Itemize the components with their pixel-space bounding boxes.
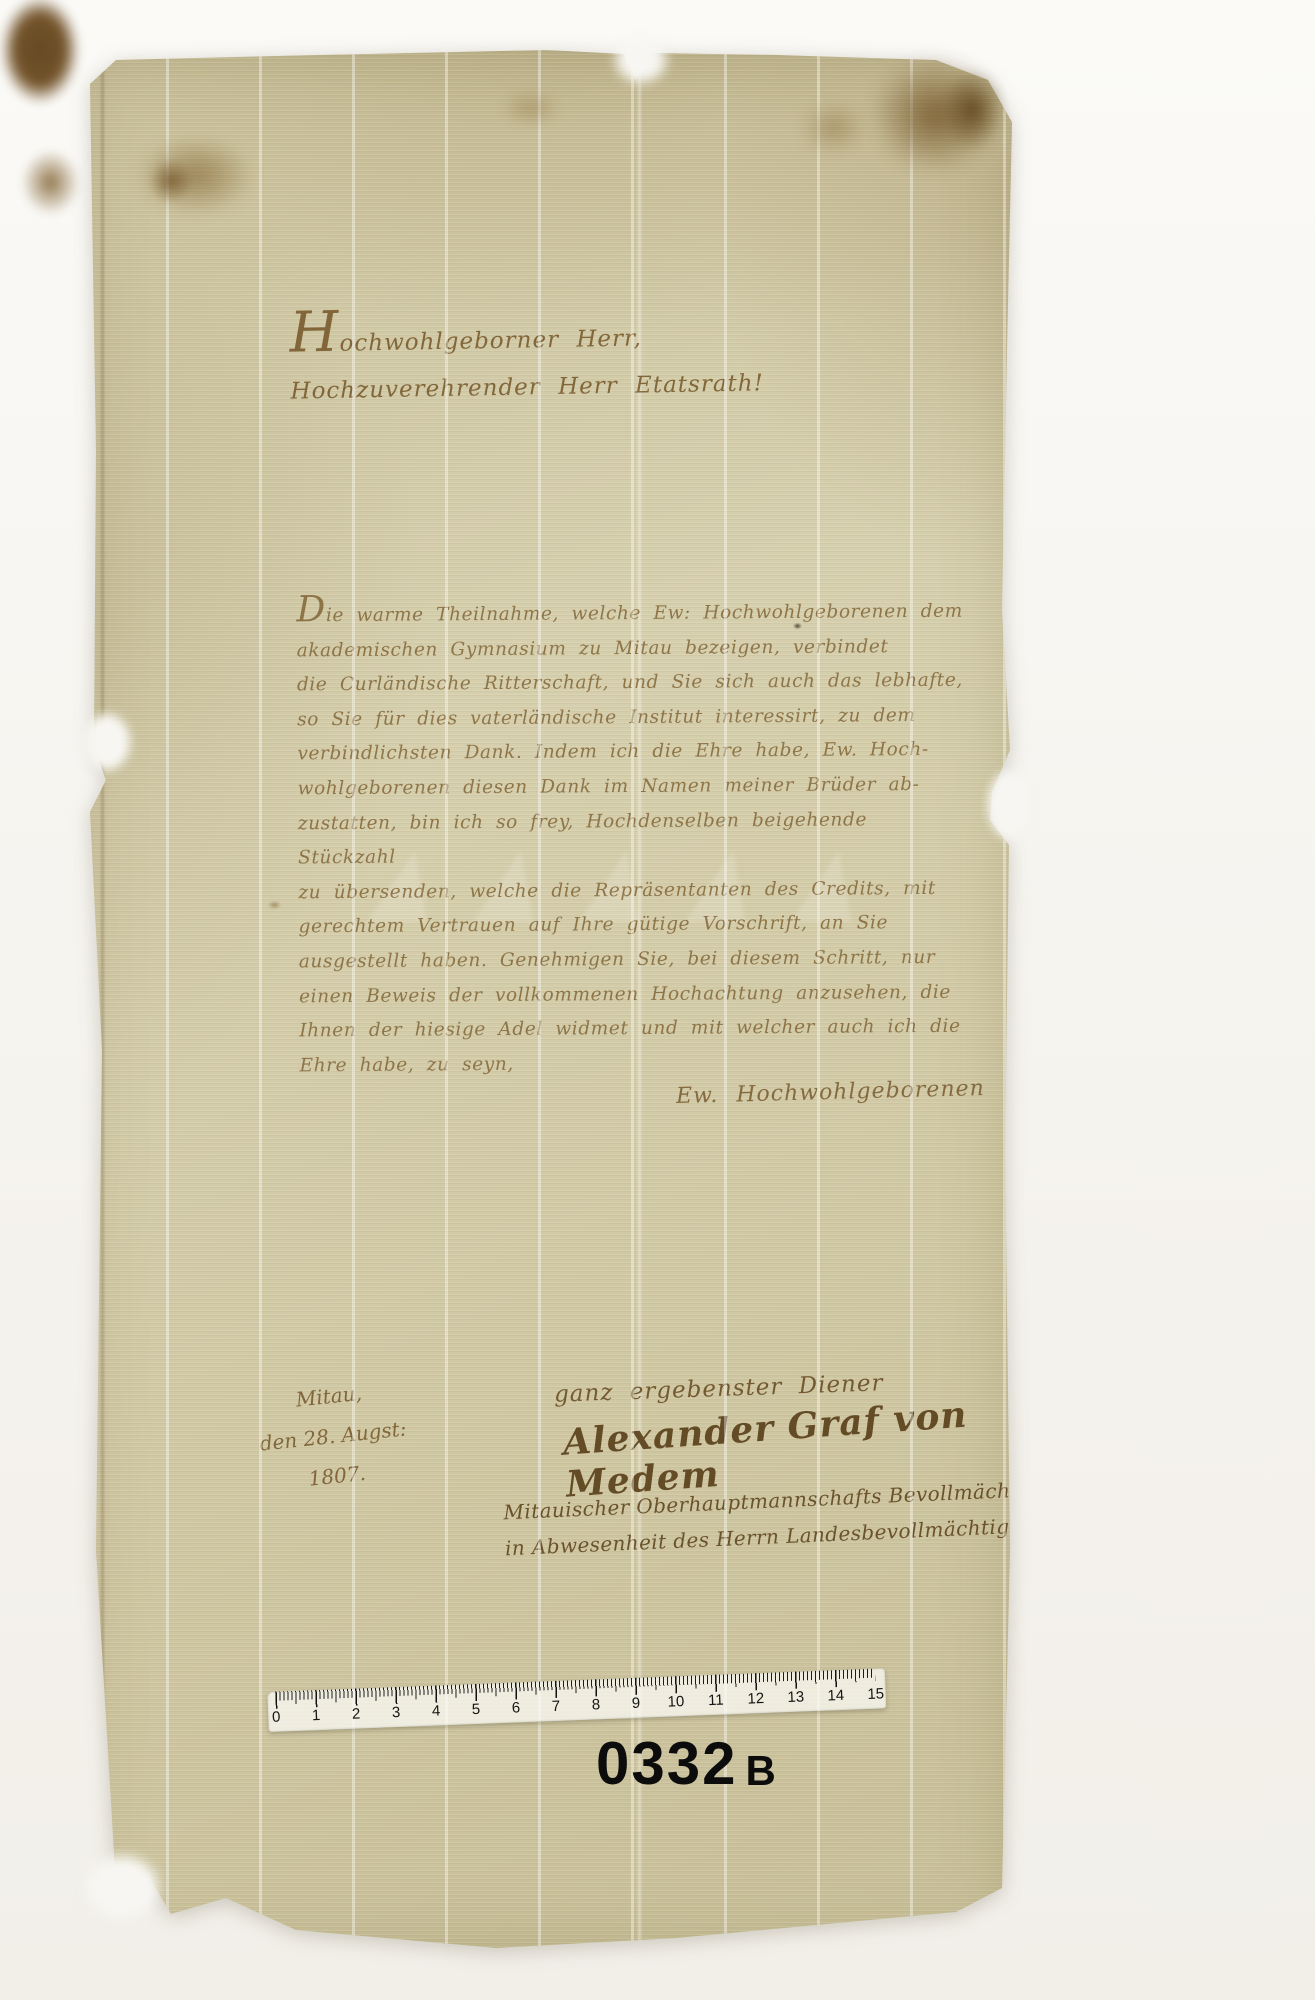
ruler-number: 9 xyxy=(622,1694,651,1712)
ruler-number: 15 xyxy=(861,1685,890,1703)
salutation: Hochwohlgeborner Herr, Hochzuverehrender… xyxy=(289,302,931,415)
ruler-number: 1 xyxy=(302,1707,331,1725)
manuscript-page: Hochwohlgeborner Herr, Hochzuverehrender… xyxy=(76,50,1014,1950)
dateline: Mitau, den 28. Augst: 1807. xyxy=(232,1366,434,1505)
ruler-number: 7 xyxy=(542,1697,571,1715)
ruler-number: 6 xyxy=(502,1699,531,1717)
ruler-number: 4 xyxy=(422,1702,451,1720)
ruler-number: 11 xyxy=(702,1691,731,1709)
ruler-number: 8 xyxy=(582,1696,611,1714)
ruler-number: 12 xyxy=(742,1690,771,1708)
ruler-number: 14 xyxy=(821,1687,850,1705)
fold-crease-left xyxy=(101,50,104,1950)
ruler-number: 3 xyxy=(382,1704,411,1722)
archive-number-digits: 0332 xyxy=(596,1734,737,1794)
ruler-number: 10 xyxy=(662,1693,691,1711)
closing-address: Ew. Hochwohlgeborenen xyxy=(676,1076,985,1109)
document-photo: Hochwohlgeborner Herr, Hochzuverehrender… xyxy=(0,0,1315,2000)
ruler-number: 2 xyxy=(342,1705,371,1723)
ruler-number: 13 xyxy=(782,1688,811,1706)
ruler-number: 0 xyxy=(262,1708,291,1726)
archive-number: 0332 B xyxy=(596,1734,776,1794)
archive-number-suffix: B xyxy=(745,1750,775,1792)
letter-body: Die warme Theilnahme, welche Ew: Hochwoh… xyxy=(296,593,975,1084)
ruler-number: 5 xyxy=(462,1700,491,1718)
